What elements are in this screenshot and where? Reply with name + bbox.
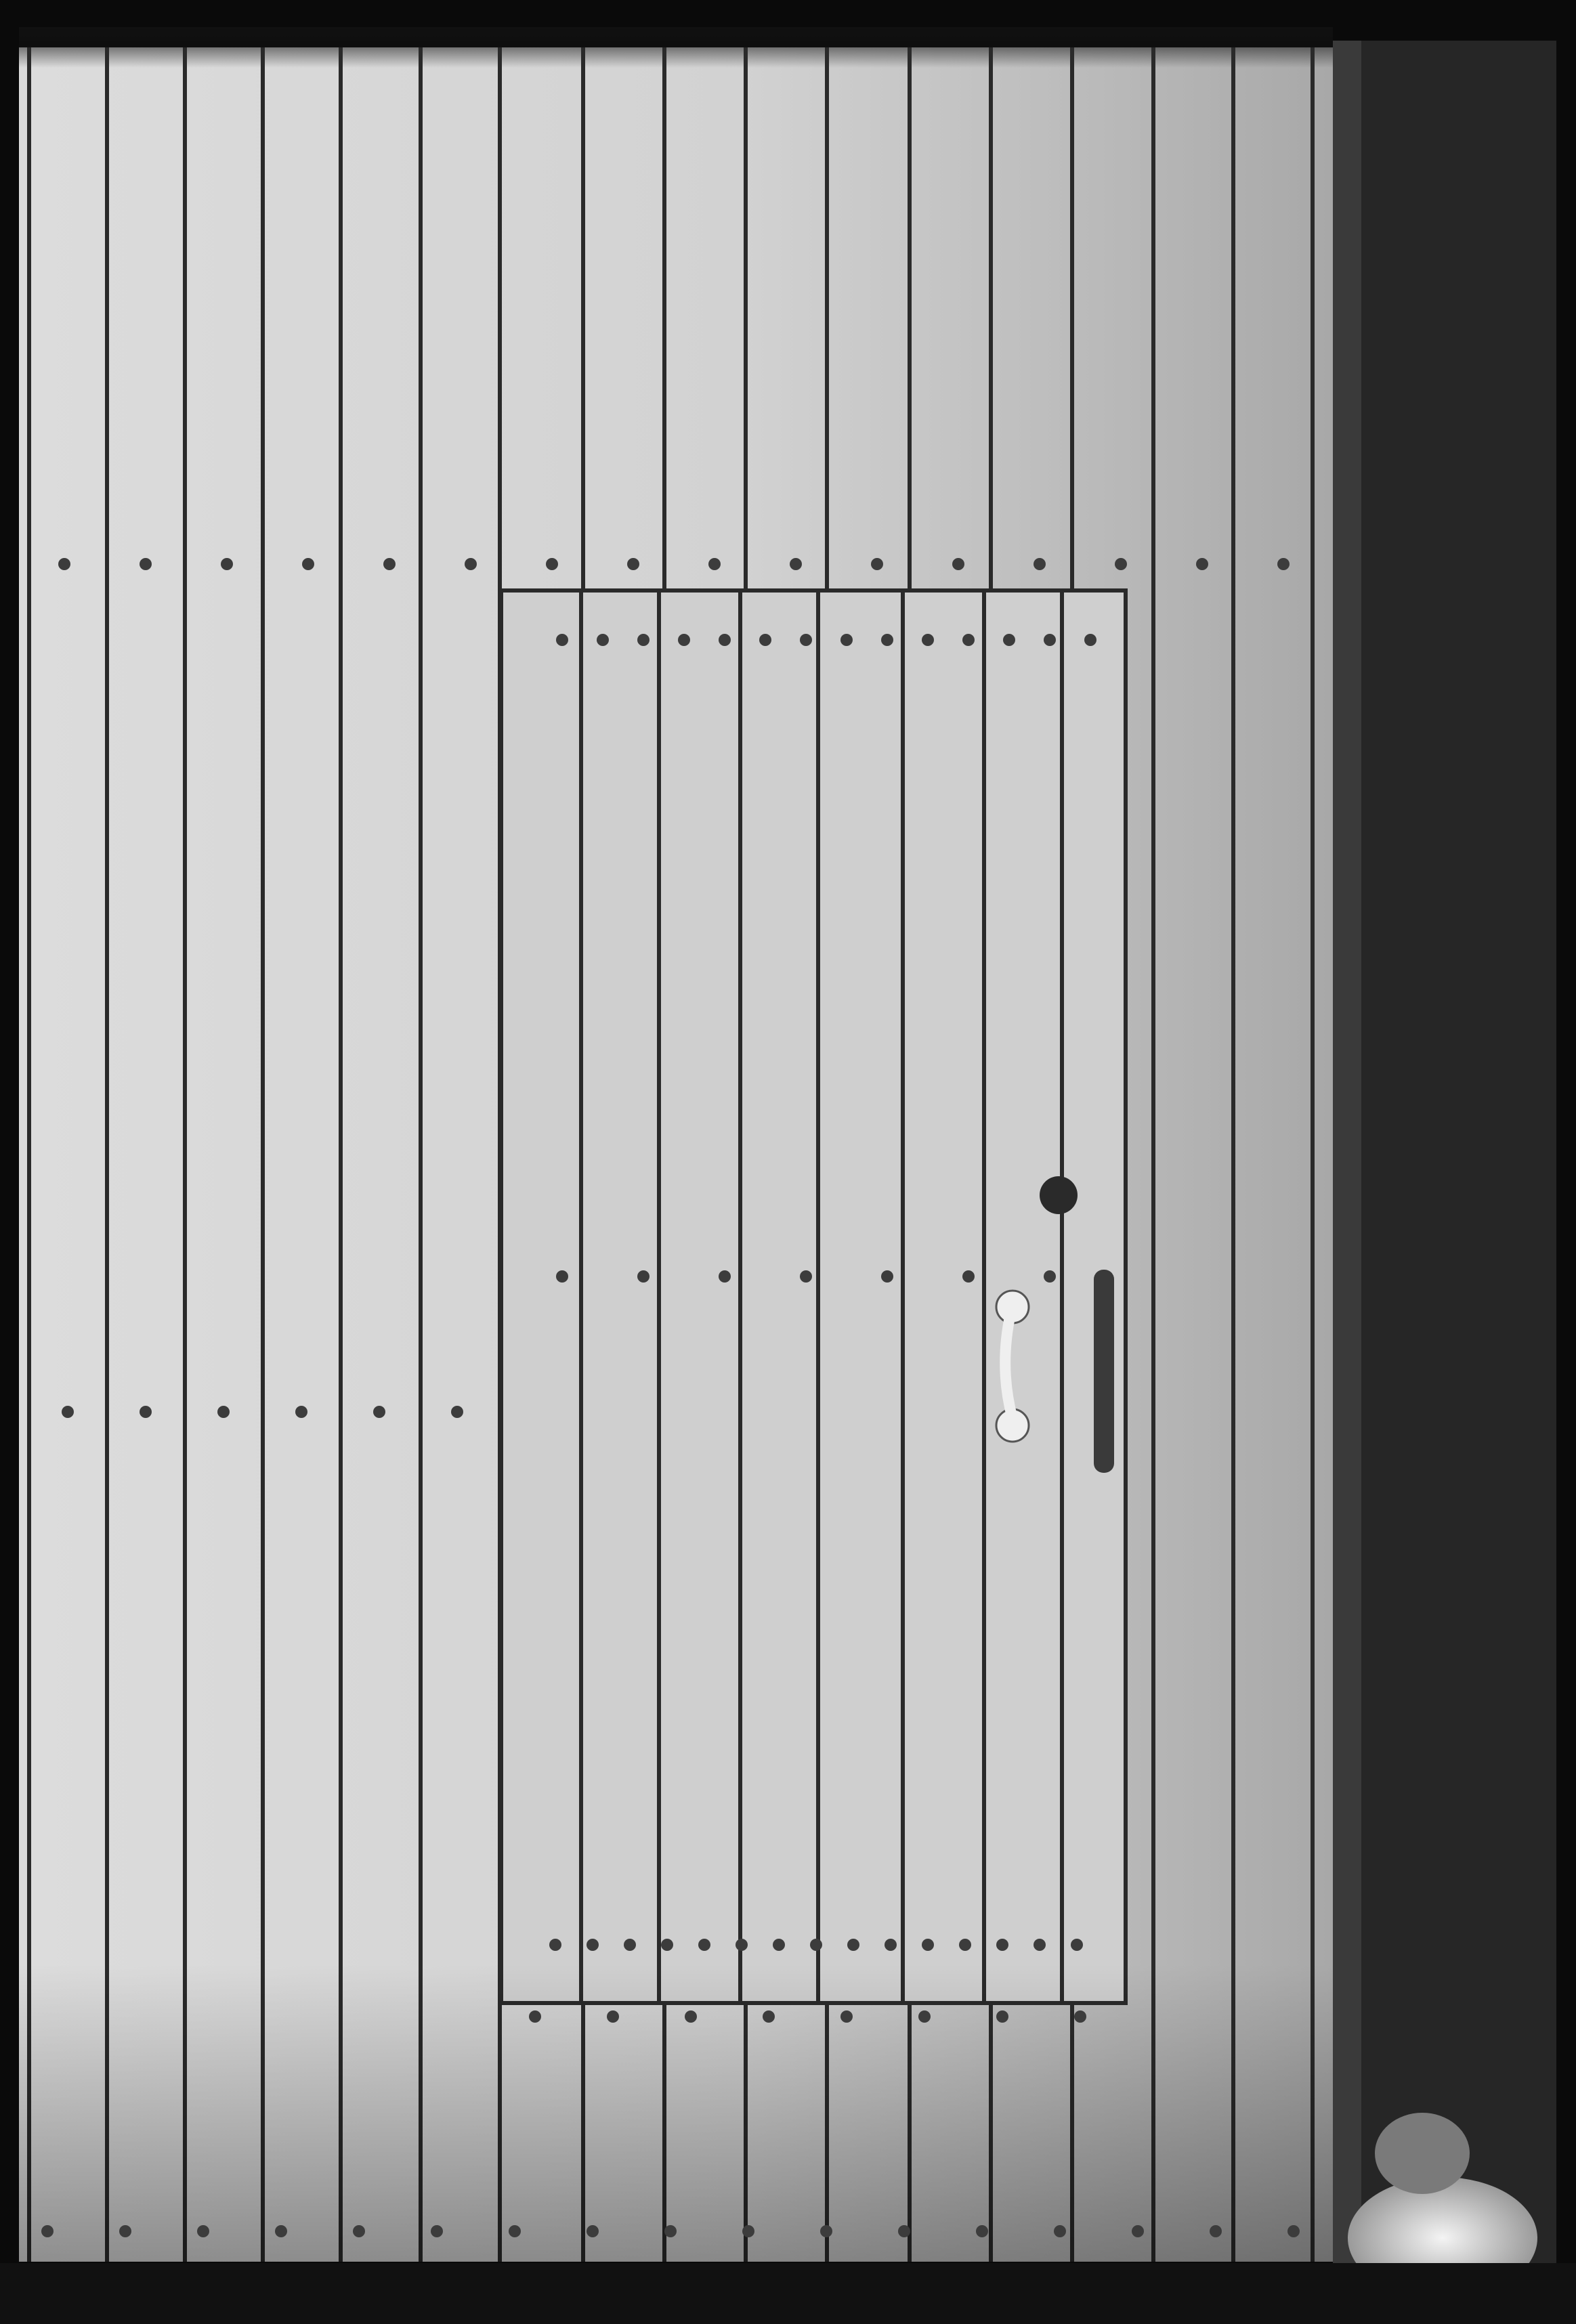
rivet [959,1939,971,1951]
inner-plank-seam [901,590,905,2003]
rivet [1054,2225,1066,2237]
inner-plank-seam [738,590,742,2003]
inner-door-panel [501,590,1126,2003]
plank-seam [105,47,109,2262]
rivet [742,2225,754,2237]
plank-seam [419,47,423,2262]
rivet [885,1939,897,1951]
rivet [708,558,721,570]
rivet [678,634,690,646]
rivet [587,2225,599,2237]
rivet [373,1406,385,1418]
rivet [847,1939,859,1951]
rivet [637,1270,649,1283]
inner-plank-seam [816,590,820,2003]
rivet [719,1270,731,1283]
rivet [275,2225,287,2237]
rivet [698,1939,710,1951]
rivet [996,2010,1008,2023]
rivet [1277,558,1290,570]
rivet [546,558,558,570]
rivet [302,558,314,570]
rivet [1003,634,1015,646]
rivet [556,634,568,646]
rivet [661,1939,673,1951]
rivet [119,2225,131,2237]
rivet [140,1406,152,1418]
rivet [918,2010,931,2023]
rivet [881,634,893,646]
latch-slot [1094,1270,1114,1473]
rivet [58,558,70,570]
rivet [1044,1270,1056,1283]
rivet [962,1270,975,1283]
rivet [353,2225,365,2237]
keyhole-icon [1040,1176,1078,1214]
photograph [0,0,1576,2324]
top-shadow [19,27,1333,68]
inner-plank-seam [579,590,583,2003]
rivet [1034,558,1046,570]
rivet [41,2225,54,2237]
rivet [685,2010,697,2023]
doorway-depth [1361,41,1556,2268]
rivet [1071,1939,1083,1951]
rivet [549,1939,561,1951]
rivet [597,634,609,646]
rivet [898,2225,910,2237]
rivet [820,2225,832,2237]
rivet [664,2225,677,2237]
rivet [529,2010,541,2023]
rivet [922,634,934,646]
rivet [810,1939,822,1951]
rivet [637,634,649,646]
plank-seam [339,47,343,2262]
rivet [217,1406,230,1418]
rivet [871,558,883,570]
rivet [624,1939,636,1951]
rivet [1132,2225,1144,2237]
rivet [607,2010,619,2023]
rivet [221,558,233,570]
rivet [1115,558,1127,570]
rivet [1084,634,1096,646]
rivet [840,634,853,646]
plank-seam [1311,47,1315,2262]
rivet [800,1270,812,1283]
rivet [736,1939,748,1951]
rivet [465,558,477,570]
plank-seam [1151,47,1155,2262]
plank-seam [183,47,187,2262]
rivet [962,634,975,646]
rivet [140,558,152,570]
rivet [295,1406,307,1418]
rivet [431,2225,443,2237]
inner-plank-seam [1060,590,1064,2003]
inner-plank-seam [982,590,986,2003]
rivet [840,2010,853,2023]
rivet [790,558,802,570]
rivet [627,558,639,570]
rivet [719,634,731,646]
rivet [996,1939,1008,1951]
plank-seam [261,47,265,2262]
rivet [1044,634,1056,646]
rivet [800,634,812,646]
rivet [881,1270,893,1283]
rivet [197,2225,209,2237]
rivet [759,634,771,646]
rivet [952,558,964,570]
plank-seam [1231,47,1235,2262]
rivet [62,1406,74,1418]
rivet [1210,2225,1222,2237]
rivet [1196,558,1208,570]
bottom-grime [19,1964,1333,2262]
plank-seam [27,47,31,2262]
rivet [451,1406,463,1418]
fabric-shadow [1375,2113,1470,2194]
bottom-film-edge [0,2263,1576,2324]
rivet [1034,1939,1046,1951]
rivet [509,2225,521,2237]
rivet [1074,2010,1086,2023]
rivet [922,1939,934,1951]
rivet [383,558,396,570]
rivet [587,1939,599,1951]
rivet [556,1270,568,1283]
rivet [976,2225,988,2237]
rivet [763,2010,775,2023]
rivet [1287,2225,1300,2237]
rivet [773,1939,785,1951]
inner-plank-seam [657,590,661,2003]
